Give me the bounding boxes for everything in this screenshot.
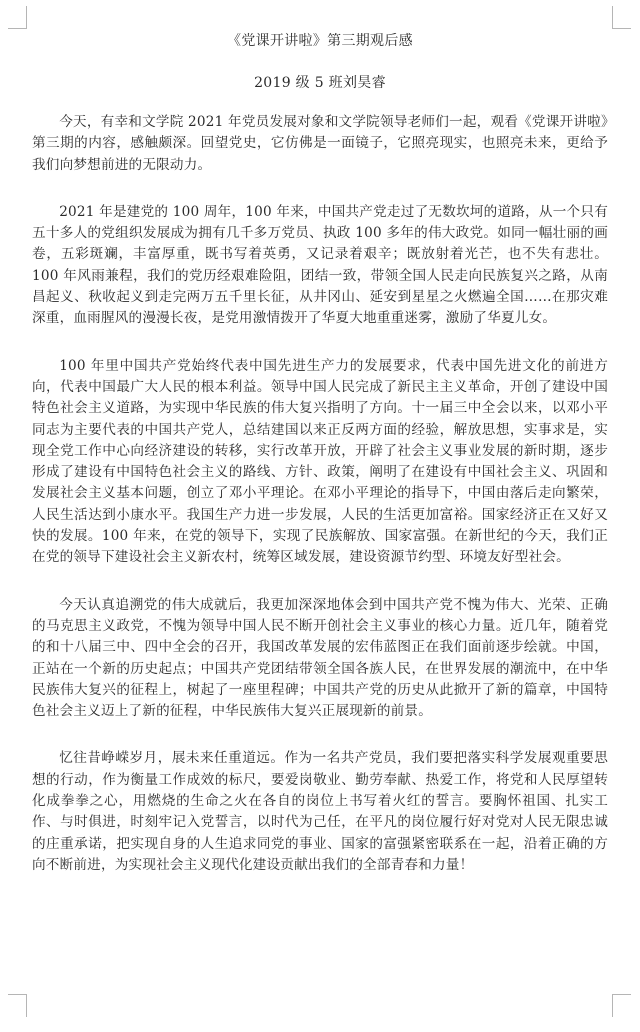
paragraph-achievements: 100 年里中国共产党始终代表中国先进生产力的发展要求，代表中国先进文化的前进方… — [32, 356, 608, 569]
document-title: 《党课开讲啦》第三期观后感 — [0, 30, 640, 50]
crop-mark-top-right — [612, 6, 631, 29]
paragraph-conclusion: 忆往昔峥嵘岁月，展未来任重道远。作为一名共产党员，我们要把落实科学发展观重要思想… — [32, 748, 608, 876]
crop-mark-top-left — [8, 6, 27, 29]
paragraph-centenary: 2021 年是建党的 100 周年，100 年来，中国共产党走过了无数坎坷的道路… — [32, 202, 608, 330]
crop-mark-bottom-right — [612, 994, 631, 1017]
paragraph-reflection: 今天认真追溯党的伟大成就后，我更加深深地体会到中国共产党不愧为伟大、光荣、正确的… — [32, 595, 608, 723]
paragraph-intro: 今天，有幸和文学院 2021 年党员发展对象和文学院领导老师们一起，观看《党课开… — [32, 112, 608, 176]
document-body: 今天，有幸和文学院 2021 年党员发展对象和文学院领导老师们一起，观看《党课开… — [32, 112, 608, 896]
crop-mark-bottom-left — [8, 994, 27, 1017]
author-byline: 2019 级 5 班刘昊睿 — [0, 72, 640, 92]
